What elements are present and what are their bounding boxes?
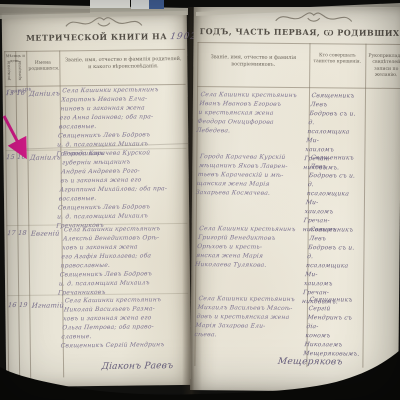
entry-3-name: Евгеній <box>30 228 61 239</box>
signature-left: Діаконъ Раевъ <box>101 361 174 372</box>
entry-1-baptism-day: 16 <box>15 89 27 99</box>
entry-3-parents: Села Кашинки крестьянинъ Алексѣй Венедик… <box>58 224 189 298</box>
col-header-witnesses: Рукоприкладство свидѣтелей записи по жел… <box>368 54 400 80</box>
left-page-title-text: МЕТРИЧЕСКОЙ КНИГИ НА <box>26 31 167 43</box>
table-gridline <box>26 51 31 378</box>
entry-2-baptism-day: 16 <box>16 153 28 163</box>
col-header-date-birth: рожденія <box>6 67 11 81</box>
table-gridline <box>15 51 20 378</box>
entry-2-name: Даніилъ <box>29 152 60 163</box>
entry-2-godparents: Города Карачева Курскій мѣщанинъ Яковъ Л… <box>195 152 306 198</box>
scanned-metrical-book-photo: МЕТРИЧЕСКОЙ КНИГИ НА 1902 г. Мѣсяцъ и де… <box>0 0 400 400</box>
col-header-officiant: Кто совершалъ таинство крещенія. <box>312 53 362 66</box>
col-header-parents: Званіе, имя, отчество и фамилія родителе… <box>64 56 182 71</box>
table-gridline <box>197 42 400 45</box>
right-page: ГОДЪ, ЧАСТЬ ПЕРВАЯ, Ѡ РОДИВШИХСЯ. Званіе… <box>190 4 400 392</box>
flourish-ornament-right <box>274 9 354 26</box>
col-header-names: Имена родившихся. <box>28 60 57 73</box>
entry-4-officiant: Священникъ Сергій Мендринъ съ діа- коном… <box>303 295 362 358</box>
flourish-ornament-left <box>64 13 144 30</box>
entry-4-name: Игнатій <box>31 300 62 311</box>
book-edge-blue <box>149 0 164 9</box>
entry-4-baptism-day: 19 <box>17 301 29 311</box>
entry-3-godparents: Села Кашинки крестьянинъ Григорій Венеди… <box>195 224 306 270</box>
table-gridline <box>4 49 185 52</box>
entry-2-parents: Города Карачева Курской губерніи мѣщанин… <box>56 148 188 231</box>
entry-1-godparents: Села Кашинки крестьянинъ Иванъ Ивановъ Е… <box>196 90 307 136</box>
entry-1-name: Даніилъ <box>29 88 60 99</box>
table-gridline <box>197 86 400 89</box>
book-edge-white <box>131 0 150 9</box>
entry-3-baptism-day: 18 <box>16 229 28 239</box>
col-header-godparents: Званіе, имя, отчество и фамилія воспріем… <box>205 54 301 69</box>
signature-right: Мещеряковъ <box>277 357 343 368</box>
left-page-title: МЕТРИЧЕСКОЙ КНИГИ НА 1902 г. <box>26 31 211 44</box>
paper-sheet-edge <box>90 0 130 8</box>
col-header-date-baptism: крещенія <box>17 66 22 80</box>
table-gridline <box>4 51 9 378</box>
entry-2-officiant: Священникъ Левъ Бодровъ съ и. д. псаломщ… <box>302 153 363 234</box>
entry-4-parents: Села Кашинки крестьянинъ Николай Василье… <box>60 295 189 351</box>
left-page: МЕТРИЧЕСКОЙ КНИГИ НА 1902 г. Мѣсяцъ и де… <box>2 11 192 387</box>
entry-4-godparents: Села Кашинки крестьянинъ Михаилъ Василье… <box>194 294 305 340</box>
right-page-title: ГОДЪ, ЧАСТЬ ПЕРВАЯ, Ѡ РОДИВШИХСЯ. <box>200 26 400 38</box>
